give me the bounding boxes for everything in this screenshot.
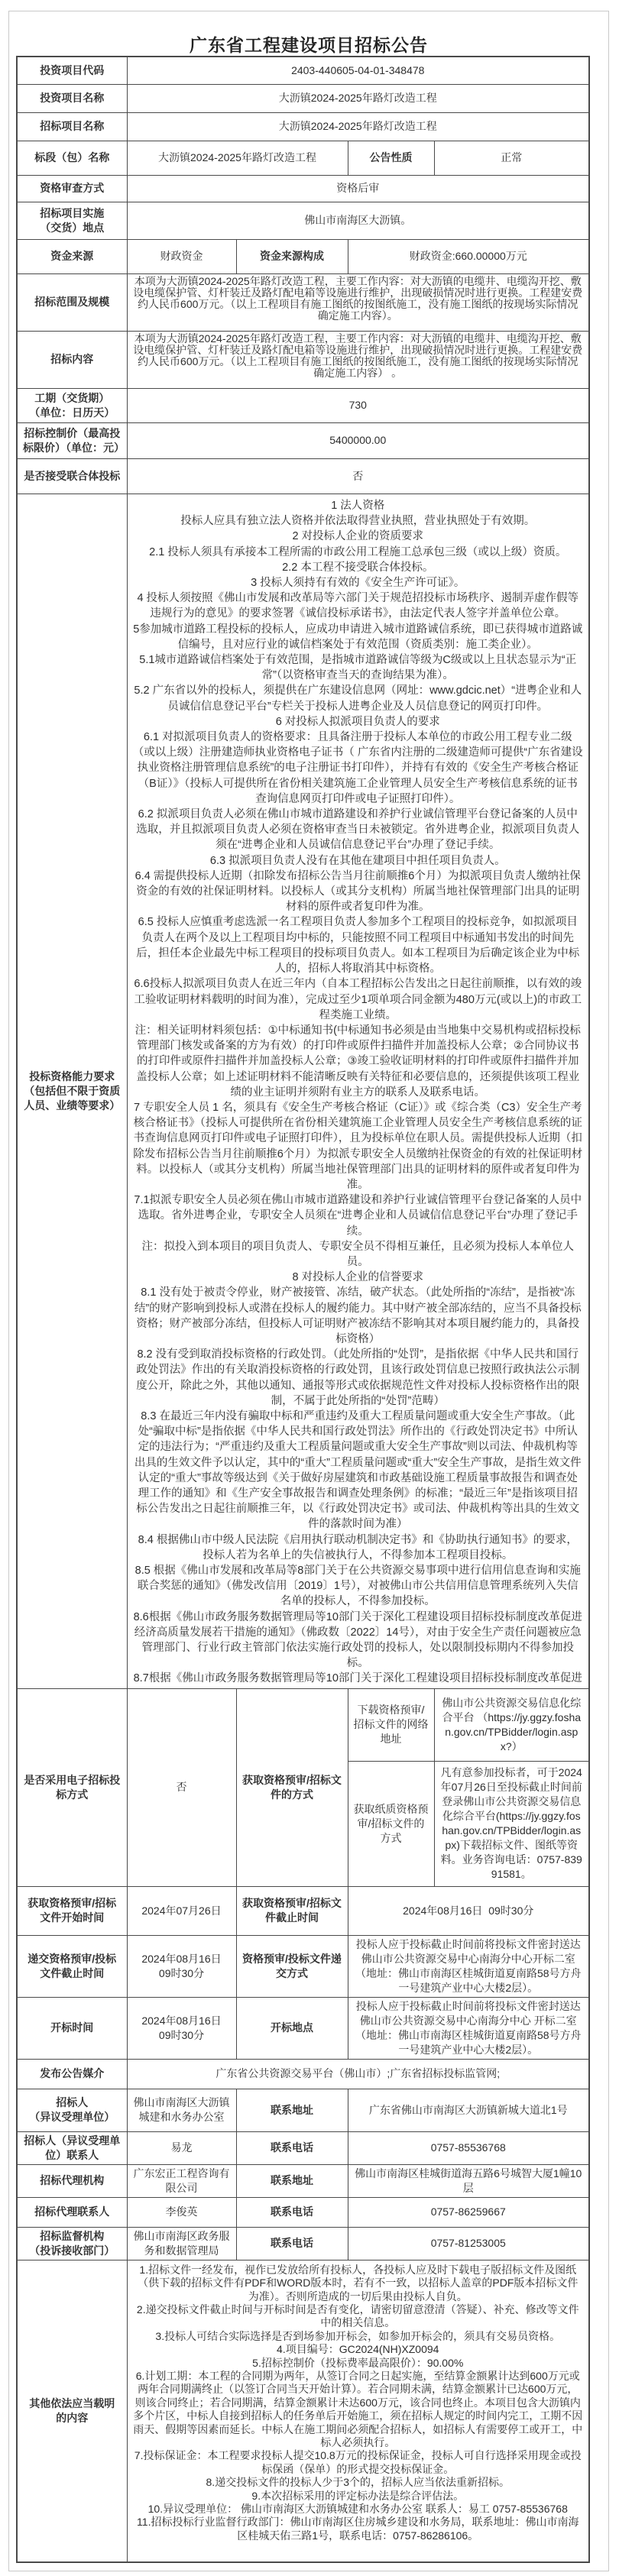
submit-method-value: 投标人应于投标截止时间前将投标文件密封送达佛山市公共资源交易中心南海分中心开标二… bbox=[348, 1935, 589, 1997]
etender-value: 否 bbox=[127, 1688, 236, 1886]
doc-start-value: 2024年07月26日 bbox=[127, 1886, 236, 1935]
supervisor-phone-label: 联系电话 bbox=[236, 2227, 348, 2260]
location-value: 佛山市南海区大沥镇。 bbox=[127, 202, 589, 239]
consortium-value: 否 bbox=[127, 458, 589, 494]
agency-contact-value: 李俊英 bbox=[127, 2197, 236, 2227]
invest-code-value: 2403-440605-04-01-348478 bbox=[127, 57, 589, 84]
etender-label: 是否采用电子招标投标方式 bbox=[17, 1688, 127, 1886]
submit-deadline-value: 2024年08月16日 09时30分 bbox=[127, 1935, 236, 1997]
ceiling-price-value: 5400000.00 bbox=[127, 422, 589, 458]
content-label: 招标内容 bbox=[17, 331, 127, 388]
invest-code-label: 投资项目代码 bbox=[17, 57, 127, 84]
row-content: 招标内容 本项为大沥镇2024-2025年路灯改造工程，主要工作内容：对大沥镇的… bbox=[17, 331, 589, 388]
tenderer-value: 佛山市南海区大沥镇城建和水务办公室 bbox=[127, 2089, 236, 2131]
qualify-mode-value: 资格后审 bbox=[127, 175, 589, 202]
invest-name-label: 投资项目名称 bbox=[17, 84, 127, 112]
submit-method-label: 资格预审/投标文件递交方式 bbox=[236, 1935, 348, 1997]
row-other: 其他依法应当载明 的内容 1.招标文件一经发布，视作已发放给所有投标人，各投标人… bbox=[17, 2260, 589, 2562]
consortium-label: 是否接受联合体投标 bbox=[17, 458, 127, 494]
section-label: 标段（包）名称 bbox=[17, 141, 127, 175]
row-doc-time: 获取资格预审/招标文件开始时间 2024年07月26日 获取资格预审/招标文件截… bbox=[17, 1886, 589, 1935]
row-duration: 工期（交货期） （单位：日历天） 730 bbox=[17, 388, 589, 422]
row-invest-name: 投资项目名称 大沥镇2024-2025年路灯改造工程 bbox=[17, 84, 589, 112]
fund-label: 资金来源 bbox=[17, 239, 127, 273]
duration-value: 730 bbox=[127, 388, 589, 422]
qualification-label: 投标资格能力要求（包括但不限于资质人员、业绩等要求） bbox=[17, 494, 127, 1688]
agency-phone-value: 0757-86259667 bbox=[348, 2197, 589, 2227]
row-fund: 资金来源 财政资金 资金来源构成 财政资金:660.00000万元 bbox=[17, 239, 589, 273]
qualify-mode-label: 资格审查方式 bbox=[17, 175, 127, 202]
agency-value: 广东宏正工程咨询有限公司 bbox=[127, 2164, 236, 2197]
doc-end-label: 获取资格预审/招标文件截止时间 bbox=[236, 1886, 348, 1935]
qualification-value: 1 法人资格 投标人应具有独立法人资格并依法取得营业执照，营业执照处于有效期。 … bbox=[127, 494, 589, 1688]
tenderer-phone-value: 0757-85536768 bbox=[348, 2131, 589, 2164]
row-invest-code: 投资项目代码 2403-440605-04-01-348478 bbox=[17, 57, 589, 84]
tender-name-label: 招标项目名称 bbox=[17, 112, 127, 141]
notice-nature-value: 正常 bbox=[434, 141, 589, 175]
opening-time-label: 开标时间 bbox=[17, 1997, 127, 2059]
row-ceiling-price: 招标控制价（最高投标限价）（单位：元） 5400000.00 bbox=[17, 422, 589, 458]
scope-value: 本项为大沥镇2024-2025年路灯改造工程，主要工作内容：对大沥镇的电缆井、电… bbox=[127, 273, 589, 331]
tenderer-label: 招标人 （异议受理单位） bbox=[17, 2089, 127, 2131]
row-submit: 递交资格预审/投标文件截止时间 2024年08月16日 09时30分 资格预审/… bbox=[17, 1935, 589, 1997]
agency-address-value: 佛山市南海区桂城街道海五路6号城智大厦1幢10层 bbox=[348, 2164, 589, 2197]
agency-label: 招标代理机构 bbox=[17, 2164, 127, 2197]
section-value: 大沥镇2024-2025年路灯改造工程 bbox=[127, 141, 348, 175]
opening-time-value: 2024年08月16日 09时30分 bbox=[127, 1997, 236, 2059]
row-agency-contact: 招标代理联系人 李俊英 联系电话 0757-86259667 bbox=[17, 2197, 589, 2227]
tenderer-address-label: 联系地址 bbox=[236, 2089, 348, 2131]
content-value: 本项为大沥镇2024-2025年路灯改造工程，主要工作内容：对大沥镇的电缆井、电… bbox=[127, 331, 589, 388]
download-url-value: 佛山市公共资源交易信息化综合平台 （https://jy.ggzy.foshan… bbox=[434, 1688, 589, 1761]
media-value: 广东省公共资源交易平台（佛山市）;广东省招标投标监管网; bbox=[127, 2059, 589, 2089]
media-label: 发布公告媒介 bbox=[17, 2059, 127, 2089]
opening-place-value: 投标人应于投标截止时间前将投标文件密封送达佛山市公共资源交易中心南海分中心 开标… bbox=[348, 1997, 589, 2059]
row-media: 发布公告媒介 广东省公共资源交易平台（佛山市）;广东省招标投标监管网; bbox=[17, 2059, 589, 2089]
row-scope: 招标范围及规模 本项为大沥镇2024-2025年路灯改造工程，主要工作内容：对大… bbox=[17, 273, 589, 331]
tenderer-contact-value: 易龙 bbox=[127, 2131, 236, 2164]
other-label: 其他依法应当载明 的内容 bbox=[17, 2260, 127, 2562]
tender-name-value: 大沥镇2024-2025年路灯改造工程 bbox=[127, 112, 589, 141]
opening-place-label: 开标地点 bbox=[236, 1997, 348, 2059]
fund-composition-value: 财政资金:660.00000万元 bbox=[348, 239, 589, 273]
doc-start-label: 获取资格预审/招标文件开始时间 bbox=[17, 1886, 127, 1935]
ceiling-price-label: 招标控制价（最高投标限价）（单位：元） bbox=[17, 422, 127, 458]
agency-address-label: 联系地址 bbox=[236, 2164, 348, 2197]
paper-method-label: 获取纸质资格预审/招标文件的方式 bbox=[348, 1761, 434, 1886]
row-qualify-mode: 资格审查方式 资格后审 bbox=[17, 175, 589, 202]
duration-label: 工期（交货期） （单位：日历天） bbox=[17, 388, 127, 422]
row-supervisor: 招标监督机构 （投诉接收部门） 佛山市南海区政务服务和数据管理局 联系电话 07… bbox=[17, 2227, 589, 2260]
row-location: 招标项目实施 （交货）地点 佛山市南海区大沥镇。 bbox=[17, 202, 589, 239]
agency-phone-label: 联系电话 bbox=[236, 2197, 348, 2227]
row-opening: 开标时间 2024年08月16日 09时30分 开标地点 投标人应于投标截止时间… bbox=[17, 1997, 589, 2059]
supervisor-value: 佛山市南海区政务服务和数据管理局 bbox=[127, 2227, 236, 2260]
submit-deadline-label: 递交资格预审/投标文件截止时间 bbox=[17, 1935, 127, 1997]
download-url-label: 下载资格预审/招标文件的网络地址 bbox=[348, 1688, 434, 1761]
page-title: 广东省工程建设项目招标公告 bbox=[9, 31, 608, 57]
paper-method-value: 凡有意参加投标者，可于2024年07月26日至投标截止时间前登录佛山市公共资源交… bbox=[434, 1761, 589, 1886]
row-tenderer-contact: 招标人（异议受理单位）联系人 易龙 联系电话 0757-85536768 bbox=[17, 2131, 589, 2164]
tenderer-phone-label: 联系电话 bbox=[236, 2131, 348, 2164]
fund-value: 财政资金 bbox=[127, 239, 236, 273]
row-etender: 是否采用电子招标投标方式 否 获取资格预审/招标文件的方式 下载资格预审/招标文… bbox=[17, 1688, 589, 1761]
supervisor-phone-value: 0757-81253005 bbox=[348, 2227, 589, 2260]
notice-nature-label: 公告性质 bbox=[348, 141, 434, 175]
row-tenderer: 招标人 （异议受理单位） 佛山市南海区大沥镇城建和水务办公室 联系地址 广东省佛… bbox=[17, 2089, 589, 2131]
supervisor-label: 招标监督机构 （投诉接收部门） bbox=[17, 2227, 127, 2260]
tenderer-contact-label: 招标人（异议受理单位）联系人 bbox=[17, 2131, 127, 2164]
doc-end-value: 2024年08月16日 09时30分 bbox=[348, 1886, 589, 1935]
other-value: 1.招标文件一经发布，视作已发放给所有投标人，各投标人应及时下载电子版招标文件及… bbox=[127, 2260, 589, 2562]
row-qualification: 投标资格能力要求（包括但不限于资质人员、业绩等要求） 1 法人资格 投标人应具有… bbox=[17, 494, 589, 1688]
location-label: 招标项目实施 （交货）地点 bbox=[17, 202, 127, 239]
agency-contact-label: 招标代理联系人 bbox=[17, 2197, 127, 2227]
invest-name-value: 大沥镇2024-2025年路灯改造工程 bbox=[127, 84, 589, 112]
fund-composition-label: 资金来源构成 bbox=[236, 239, 348, 273]
row-agency: 招标代理机构 广东宏正工程咨询有限公司 联系地址 佛山市南海区桂城街道海五路6号… bbox=[17, 2164, 589, 2197]
scope-label: 招标范围及规模 bbox=[17, 273, 127, 331]
obtain-method-label: 获取资格预审/招标文件的方式 bbox=[236, 1688, 348, 1886]
row-section: 标段（包）名称 大沥镇2024-2025年路灯改造工程 公告性质 正常 bbox=[17, 141, 589, 175]
tenderer-address-value: 广东省佛山市南海区大沥镇新城大道北1号 bbox=[348, 2089, 589, 2131]
announcement-table: 投资项目代码 2403-440605-04-01-348478 投资项目名称 大… bbox=[16, 56, 590, 2563]
row-consortium: 是否接受联合体投标 否 bbox=[17, 458, 589, 494]
row-tender-name: 招标项目名称 大沥镇2024-2025年路灯改造工程 bbox=[17, 112, 589, 141]
